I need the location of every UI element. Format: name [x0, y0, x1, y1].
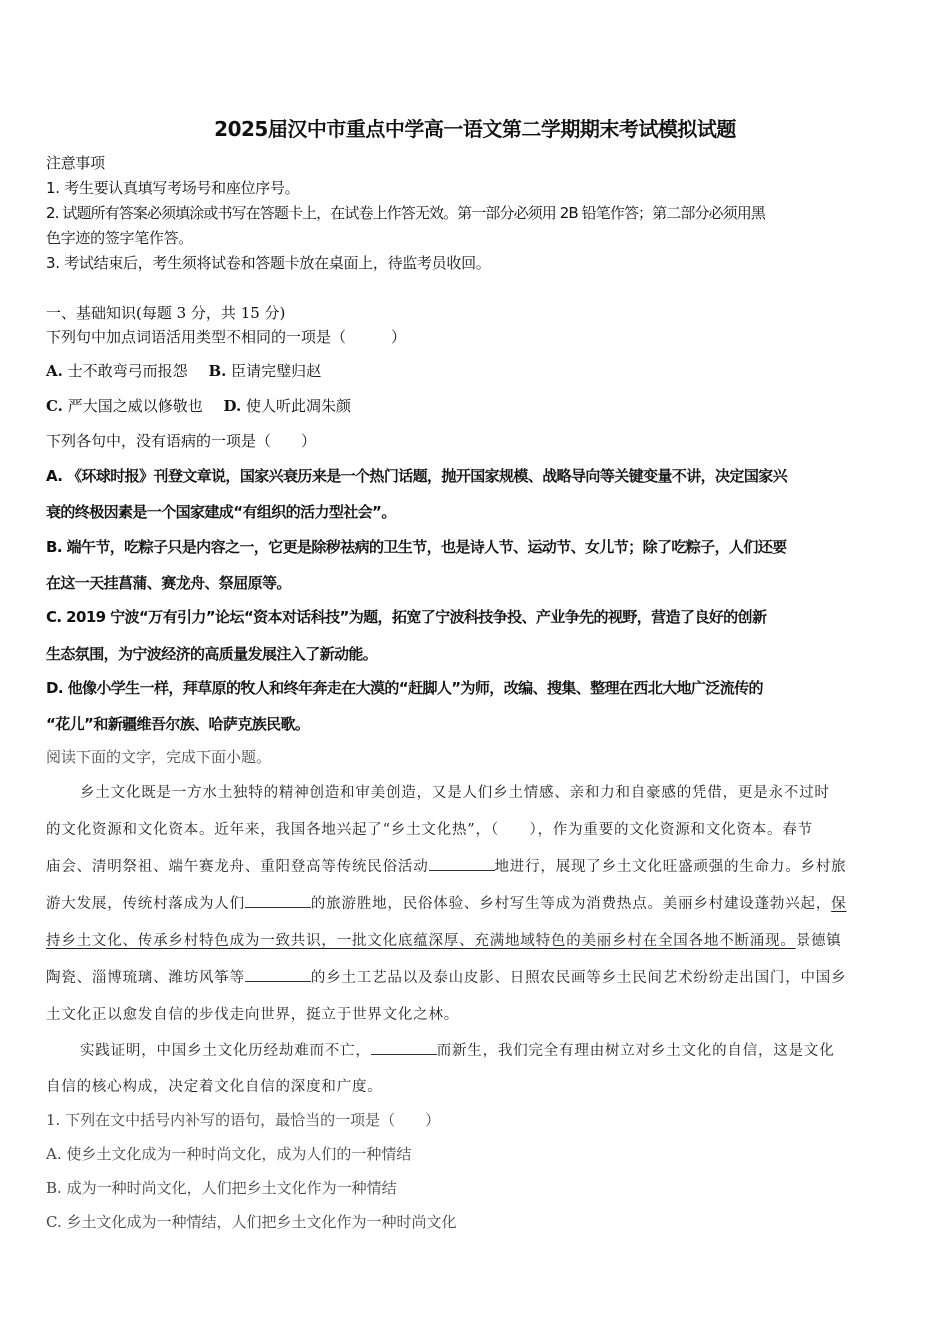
q2-option-c-line-1: C. 2019 宁波“万有引力”论坛“资本对话科技”为题，拓宽了宁波科技争投、产…	[46, 606, 766, 627]
passage-p1-line-1: 乡土文化既是一方水土独特的精神创造和审美创造，又是人们乡土情感、亲和力和自豪感的…	[80, 781, 830, 802]
passage-text: 实践证明，中国乡土文化历经劫难而不亡，	[80, 1043, 371, 1059]
q2-option-d-line-1: D. 他像小学生一样，拜草原的牧人和终年奔走在大漠的“赶脚人”为师，改编、搜集、…	[46, 677, 763, 698]
q1-option-d-text: 使人听此凋朱颜	[246, 397, 351, 415]
q1-option-a-text: 士不敢弯弓而报怨	[68, 362, 188, 380]
passage-text: 的乡土工艺品以及泰山皮影、日照农民画等乡土民间艺术纷纷走出国门，中国乡	[311, 970, 847, 986]
section-heading: 一、基础知识(每题 3 分，共 15 分)	[46, 302, 285, 323]
passage-p1-line-3: 庙会、清明祭祖、端午赛龙舟、重阳登高等传统民俗活动地进行，展现了乡土文化旺盛顽强…	[46, 855, 846, 876]
q1-option-b-text: 臣请完璧归赵	[231, 362, 321, 380]
passage-text: 景德镇	[796, 933, 842, 949]
q1-option-c-text: 严大国之威以修敬也	[68, 397, 203, 415]
notice-item-1: 1. 考生要认真填写考场号和座位序号。	[46, 177, 299, 198]
q2-option-b-label: B.	[46, 538, 62, 556]
q2-option-c-line-2: 生态氛围，为宁波经济的高质量发展注入了新动能。	[46, 643, 377, 664]
q1-option-a-label: A.	[46, 362, 63, 380]
passage-p2-line-1: 实践证明，中国乡土文化历经劫难而不亡，而新生，我们完全有理由树立对乡土文化的自信…	[80, 1039, 835, 1060]
subq1-option-a-text: 使乡土文化成为一种时尚文化，成为人们的一种情结	[66, 1145, 411, 1163]
q2-option-d-label: D.	[46, 679, 63, 697]
q2-option-d-text: 他像小学生一样，拜草原的牧人和终年奔走在大漠的“赶脚人”为师，改编、搜集、整理在…	[68, 679, 763, 697]
q1-options-row-1: A. 士不敢弯弓而报怨 B. 臣请完璧归赵	[46, 360, 321, 381]
subq1-option-c-label: C.	[46, 1213, 62, 1231]
passage-text: 游大发展，传统村落成为人们	[46, 896, 245, 912]
notice-heading: 注意事项	[46, 152, 105, 173]
underlined-sentence: 持乡土文化、传承乡村特色成为一致共识，一批文化底蕴深厚、充满地域特色的美丽乡村在…	[46, 933, 796, 949]
underlined-sentence-start: 保	[831, 896, 846, 912]
q2-option-b-line-1: B. 端午节，吃粽子只是内容之一，它更是除秽祛病的卫生节，也是诗人节、运动节、女…	[46, 536, 787, 557]
passage-p1-line-4: 游大发展，传统村落成为人们的旅游胜地，民俗体验、乡村写生等成为消费热点。美丽乡村…	[46, 892, 846, 913]
subq1-option-c: C. 乡土文化成为一种情结，人们把乡土文化作为一种时尚文化	[46, 1211, 457, 1232]
q2-option-a-label: A.	[46, 467, 62, 485]
passage-p1-line-2: 的文化资源和文化资本。近年来，我国各地兴起了“乡土文化热”，（ ），作为重要的文…	[46, 818, 813, 839]
exam-page: 2025届汉中市重点中学高一语文第二学期期末考试模拟试题 注意事项 1. 考生要…	[0, 0, 950, 1344]
q2-option-b-line-2: 在这一天挂菖蒲、赛龙舟、祭屈原等。	[46, 572, 291, 593]
reading-instruction: 阅读下面的文字，完成下面小题。	[46, 746, 271, 767]
q1-option-d-label: D.	[223, 397, 241, 415]
notice-item-2-cont: 色字迹的签字笔作答。	[46, 227, 193, 248]
q2-option-a-text: 《环球时报》刊登文章说，国家兴衰历来是一个热门话题，抛开国家规模、战略导向等关键…	[67, 467, 787, 485]
passage-p1-line-7: 土文化正以愈发自信的步伐走向世界，挺立于世界文化之林。	[46, 1003, 459, 1024]
fill-blank-3	[245, 967, 311, 982]
subq1-option-b-text: 成为一种时尚文化，人们把乡土文化作为一种情结	[67, 1179, 397, 1197]
q1-option-c-label: C.	[46, 397, 63, 415]
fill-blank-1	[429, 856, 495, 871]
q2-option-a-line-2: 衰的终极因素是一个国家建成“有组织的活力型社会”。	[46, 501, 396, 522]
passage-text: 地进行，展现了乡土文化旺盛顽强的生命力。乡村旅	[495, 859, 847, 875]
subq1-option-b: B. 成为一种时尚文化，人们把乡土文化作为一种情结	[46, 1177, 397, 1198]
notice-item-2: 2. 试题所有答案必须填涂或书写在答题卡上，在试卷上作答无效。第一部分必须用 2…	[46, 202, 765, 223]
passage-p1-line-6: 陶瓷、淄博琉璃、潍坊风筝等的乡土工艺品以及泰山皮影、日照农民画等乡土民间艺术纷纷…	[46, 966, 846, 987]
q2-option-a-line-1: A. 《环球时报》刊登文章说，国家兴衰历来是一个热门话题，抛开国家规模、战略导向…	[46, 465, 787, 486]
exam-title: 2025届汉中市重点中学高一语文第二学期期末考试模拟试题	[0, 113, 950, 142]
q2-option-d-line-2: “花儿”和新疆维吾尔族、哈萨克族民歌。	[46, 713, 309, 734]
notice-item-3: 3. 考试结束后，考生须将试卷和答题卡放在桌面上，待监考员收回。	[46, 252, 490, 273]
q2-option-c-text: 2019 宁波“万有引力”论坛“资本对话科技”为题，拓宽了宁波科技争投、产业争先…	[66, 608, 766, 626]
passage-text: 庙会、清明祭祖、端午赛龙舟、重阳登高等传统民俗活动	[46, 859, 429, 875]
subq1-option-b-label: B.	[46, 1179, 62, 1197]
q2-option-c-label: C.	[46, 608, 62, 626]
q1-option-b-label: B.	[208, 362, 226, 380]
q1-stem: 下列句中加点词语活用类型不相同的一项是（ ）	[46, 326, 406, 347]
passage-text: 而新生，我们完全有理由树立对乡土文化的自信，这是文化	[437, 1043, 835, 1059]
passage-p1-line-5: 持乡土文化、传承乡村特色成为一致共识，一批文化底蕴深厚、充满地域特色的美丽乡村在…	[46, 929, 842, 950]
subq1-option-a: A. 使乡土文化成为一种时尚文化，成为人们的一种情结	[46, 1143, 411, 1164]
passage-text: 陶瓷、淄博琉璃、潍坊风筝等	[46, 970, 245, 986]
subq1-option-c-text: 乡土文化成为一种情结，人们把乡土文化作为一种时尚文化	[67, 1213, 457, 1231]
passage-p2-line-2: 自信的核心构成，决定着文化自信的深度和广度。	[46, 1075, 383, 1096]
fill-blank-2	[245, 893, 311, 908]
fill-blank-4	[371, 1040, 437, 1055]
subq1-stem: 1. 下列在文中括号内补写的语句，最恰当的一项是（ ）	[46, 1109, 440, 1130]
passage-text: 的旅游胜地，民俗体验、乡村写生等成为消费热点。美丽乡村建设蓬勃兴起，	[311, 896, 831, 912]
subq1-option-a-label: A.	[46, 1145, 62, 1163]
q2-stem: 下列各句中，没有语病的一项是（ ）	[46, 430, 316, 451]
q1-options-row-2: C. 严大国之威以修敬也 D. 使人听此凋朱颜	[46, 395, 351, 416]
q2-option-b-text: 端午节，吃粽子只是内容之一，它更是除秽祛病的卫生节，也是诗人节、运动节、女儿节；…	[67, 538, 787, 556]
